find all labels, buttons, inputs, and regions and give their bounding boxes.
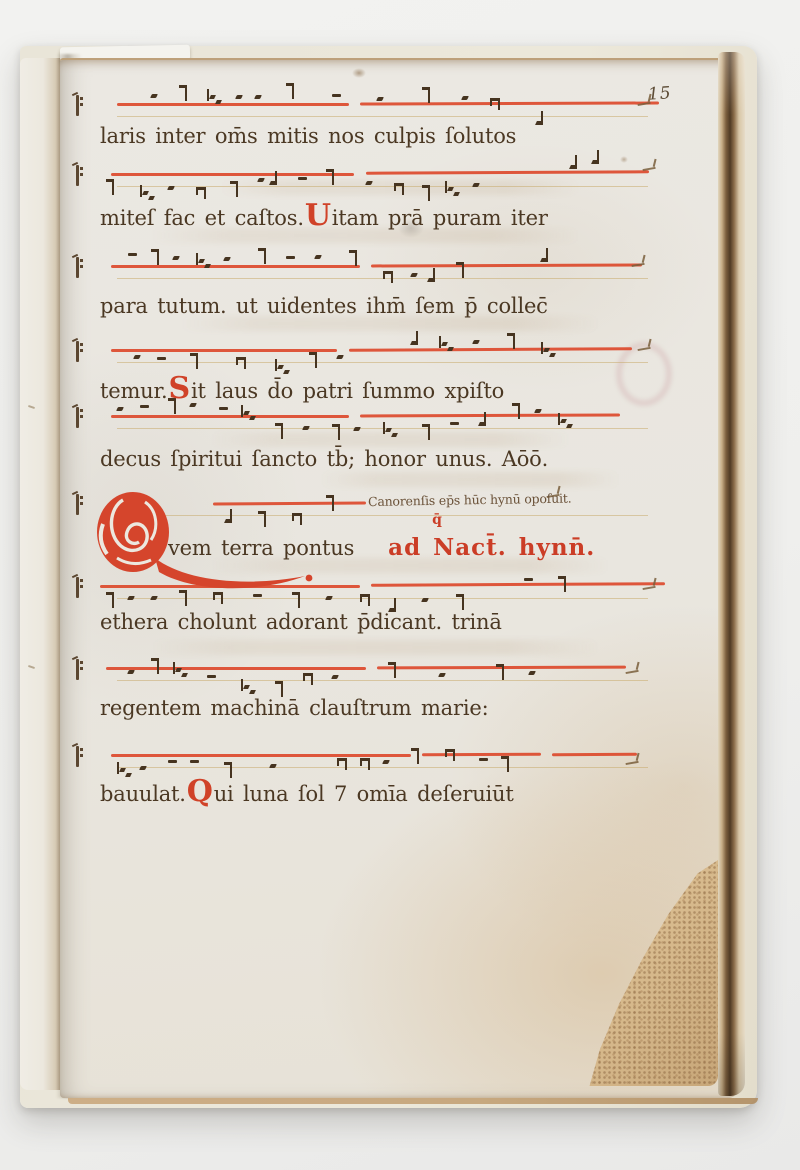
neume-icon <box>230 181 238 184</box>
neume-icon <box>223 257 231 261</box>
lyric-text: para tutum. ut uidentes ihm̄ ſem p̄ coll… <box>100 294 548 318</box>
neume-icon <box>456 262 464 265</box>
neume-icon <box>196 253 198 265</box>
rubric-superscript: q̄ <box>432 512 443 528</box>
neume-icon <box>558 576 566 579</box>
rubric-label: ad Nact̄. hynn̄. <box>388 534 595 561</box>
neume-icon <box>394 183 404 186</box>
clef-icon <box>76 577 79 598</box>
neume-icon <box>438 673 446 677</box>
neume-icon <box>157 357 166 360</box>
staff-line <box>111 265 360 268</box>
neume-icon <box>472 340 480 344</box>
neume-icon <box>332 94 341 97</box>
neume-icon <box>558 413 560 425</box>
neume-icon <box>541 111 543 125</box>
custos-icon <box>636 340 650 351</box>
neume-icon <box>286 83 294 86</box>
neume-icon <box>332 424 340 427</box>
neume-icon <box>382 760 390 764</box>
neume-icon <box>207 89 209 101</box>
lyric-text: ethera cholunt adorant p̄dicant. trinā <box>100 610 502 634</box>
neume-icon <box>456 594 464 597</box>
neume-icon <box>309 352 317 355</box>
neume-icon <box>190 760 199 763</box>
neume-icon <box>575 155 577 169</box>
custos-icon <box>642 160 656 171</box>
clef-icon <box>76 95 79 116</box>
neume-icon <box>507 333 515 336</box>
neume-icon <box>349 250 357 253</box>
staff-line <box>111 415 348 418</box>
staff-line <box>111 349 337 352</box>
neume-icon <box>117 762 119 774</box>
initial-q: Q <box>186 774 214 809</box>
photo-backdrop: 15 laris inter om̄s mitis nos culpis ſol… <box>0 0 800 1170</box>
neume-icon <box>196 187 206 190</box>
text-line-7: ethera cholunt adorant p̄dicant. trinā <box>100 610 502 634</box>
text-line-6: vem terra pontusq̄ad Nact̄. hynn̄. <box>168 534 595 561</box>
neume-icon <box>376 97 384 101</box>
staff-line <box>366 170 649 174</box>
neume-icon <box>445 181 447 193</box>
neume-icon <box>275 359 277 371</box>
neume-icon <box>298 177 307 180</box>
neume-icon <box>140 405 149 408</box>
manuscript-book: 15 laris inter om̄s mitis nos culpis ſol… <box>20 46 757 1108</box>
clef-icon <box>76 257 79 278</box>
neume-icon <box>116 407 124 411</box>
text-line-9: bauulat.Qui luna ſol 7 omīa deſeruiūt <box>100 782 514 806</box>
guide-line <box>117 767 648 768</box>
neume-icon <box>326 169 334 172</box>
neume-icon <box>360 758 370 761</box>
custos-icon <box>642 579 656 590</box>
neume-icon <box>490 98 500 101</box>
neume-icon <box>546 248 548 262</box>
neume-icon <box>336 355 344 359</box>
neume-icon <box>286 256 295 259</box>
lyric-text: laris inter om̄s mitis nos culpis ſoluto… <box>100 124 516 148</box>
staff-line <box>360 101 659 105</box>
neume-icon <box>353 427 361 431</box>
clef-icon <box>76 746 79 767</box>
neume-icon <box>127 670 135 674</box>
text-line-8: regentem machinā clauſtrum marie: <box>100 696 488 720</box>
neume-icon <box>254 95 262 99</box>
initial-s: S <box>168 371 191 406</box>
margin-mark <box>28 405 35 409</box>
text-line-1: laris inter om̄s mitis nos culpis ſoluto… <box>100 124 516 148</box>
staff-line <box>117 103 349 106</box>
neume-icon <box>410 273 418 277</box>
text-line-5: decus ſpiritui ſancto tb̄; honor unus. A… <box>100 447 548 471</box>
neume-icon <box>416 331 418 345</box>
neume-icon <box>383 422 385 434</box>
clef-icon <box>76 407 79 428</box>
neume-icon <box>207 675 216 678</box>
neume-icon <box>150 94 158 98</box>
initial-u: U <box>304 198 332 233</box>
neume-icon <box>512 403 520 406</box>
lyric-text: ui luna ſol 7 omīa deſeruiūt <box>214 782 514 806</box>
neume-icon <box>422 424 430 427</box>
neume-icon <box>501 756 509 759</box>
staff-line <box>371 582 665 586</box>
neume-icon <box>484 412 486 426</box>
staff-line <box>106 667 366 670</box>
staff-line <box>422 753 541 756</box>
neume-icon <box>331 675 339 679</box>
neume-icon <box>139 766 147 770</box>
neume-icon <box>275 171 277 185</box>
neume-icon <box>421 598 429 602</box>
neume-icon <box>128 253 137 256</box>
neume-icon <box>422 87 430 90</box>
staff-line <box>111 754 410 757</box>
neume-icon <box>450 422 459 425</box>
lyric-text: regentem machinā clauſtrum marie: <box>100 696 488 720</box>
neume-icon <box>541 342 543 354</box>
staff-line <box>111 173 354 176</box>
lyric-text: itam prā puram iter <box>332 206 548 230</box>
neume-icon <box>461 96 469 100</box>
page-bottom-edge <box>68 1098 758 1104</box>
clef-icon <box>76 341 79 362</box>
neume-icon <box>106 179 114 182</box>
neume-icon <box>365 181 373 185</box>
neume-icon <box>190 353 198 356</box>
neume-icon <box>235 95 243 99</box>
lyric-text: bauulat. <box>100 782 186 806</box>
neume-icon <box>524 578 533 581</box>
custos-icon <box>625 754 639 765</box>
lyric-text: vem terra pontus <box>168 536 354 560</box>
staff-line <box>360 414 620 418</box>
neume-icon <box>224 762 232 765</box>
rubric-text: q̄ad Nact̄. hynn̄. <box>388 534 595 561</box>
neume-icon <box>479 758 488 761</box>
neume-icon <box>241 679 243 691</box>
guide-line <box>117 116 648 117</box>
neume-icon <box>383 271 393 274</box>
neume-icon <box>241 405 243 417</box>
neume-icon <box>597 150 599 164</box>
neume-icon <box>445 749 455 752</box>
neume-icon <box>179 85 187 88</box>
custos-icon <box>625 663 639 674</box>
neume-icon <box>275 423 283 426</box>
neume-icon <box>314 255 322 259</box>
neume-icon <box>219 407 228 410</box>
neume-icon <box>151 658 159 661</box>
lyric-text: it laus d̄o patri ſummo xpiſto <box>191 379 504 403</box>
margin-mark <box>28 665 35 669</box>
neume-icon <box>269 764 277 768</box>
clef-icon <box>76 659 79 680</box>
neume-icon <box>173 662 175 674</box>
neume-icon <box>534 409 542 413</box>
staff-line <box>349 347 632 351</box>
neume-icon <box>151 249 159 252</box>
neume-icon <box>167 186 175 190</box>
neume-icon <box>411 748 419 751</box>
neume-icon <box>388 662 396 665</box>
neume-icon <box>133 355 141 359</box>
manuscript-page: 15 laris inter om̄s mitis nos culpis ſol… <box>60 58 738 1098</box>
neume-icon <box>258 248 266 251</box>
text-line-4: temur.Sit laus d̄o patri ſummo xpiſto <box>100 379 504 403</box>
text-line-3: para tutum. ut uidentes ihm̄ ſem p̄ coll… <box>100 294 548 318</box>
neume-icon <box>236 357 246 360</box>
neume-icon <box>433 268 435 282</box>
neume-icon <box>168 760 177 763</box>
clef-icon <box>76 494 79 515</box>
guide-line <box>117 680 648 681</box>
neume-icon <box>422 185 430 188</box>
neume-icon <box>303 673 313 676</box>
lyric-text: decus ſpiritui ſancto tb̄; honor unus. A… <box>100 447 548 471</box>
neume-icon <box>439 336 441 348</box>
neume-icon <box>360 594 370 597</box>
custos-icon <box>630 256 644 267</box>
lyric-text: miteſ fac et caſtos. <box>100 206 304 230</box>
lyric-text: temur. <box>100 379 168 403</box>
neume-icon <box>140 185 142 197</box>
neume-icon <box>257 178 265 182</box>
neume-icon <box>528 671 536 675</box>
text-line-2: miteſ fac et caſtos.Uitam prā puram iter <box>100 206 548 230</box>
fore-edge-page-stack <box>718 52 745 1096</box>
custos-icon <box>636 95 650 106</box>
neume-icon <box>275 681 283 684</box>
staff-line <box>371 264 642 268</box>
neume-icon <box>496 664 504 667</box>
neume-icon <box>337 758 347 761</box>
neume-icon <box>173 256 181 260</box>
clef-icon <box>76 165 79 186</box>
